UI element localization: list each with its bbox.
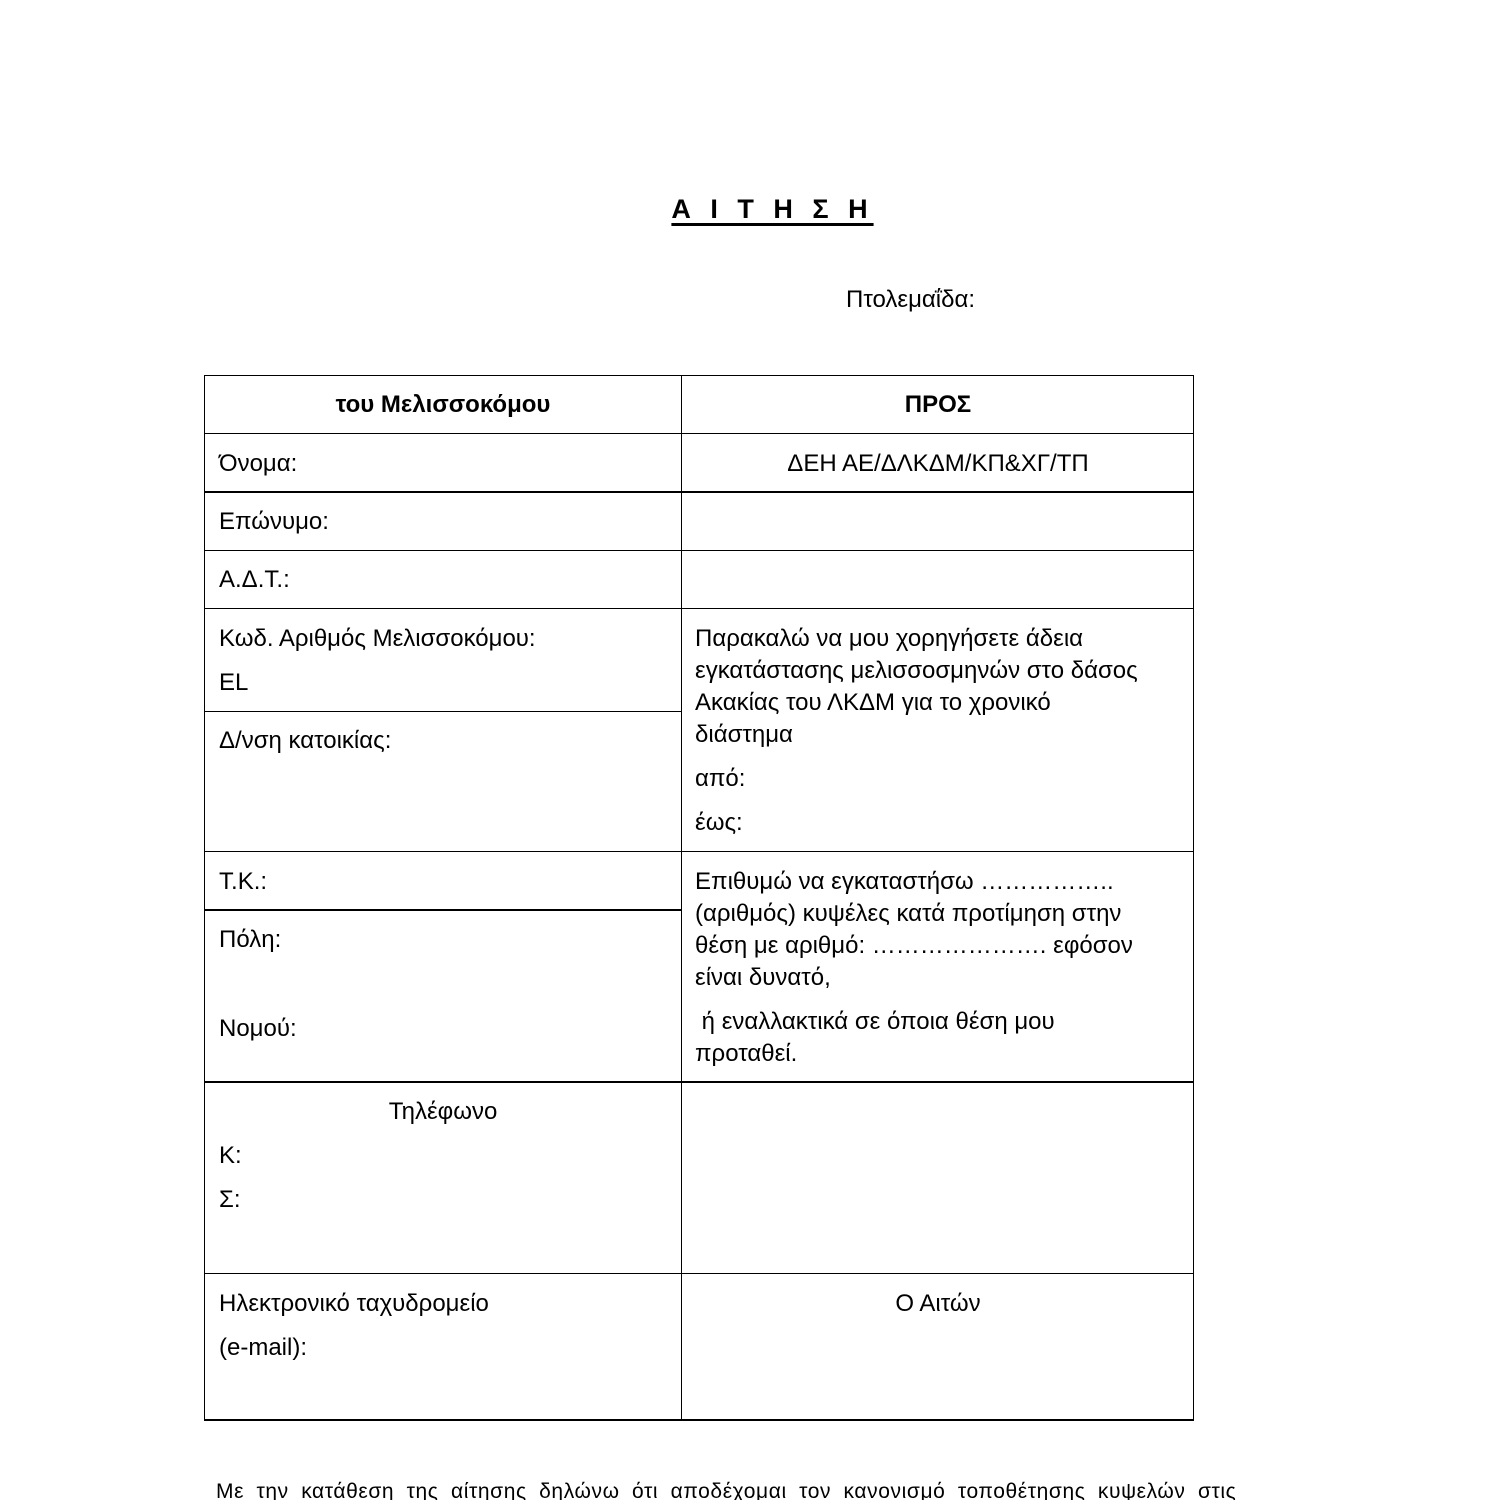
city-field-label[interactable]: Πόλη: — [205, 924, 681, 956]
address-field-label[interactable]: Δ/νση κατοικίας: — [205, 725, 681, 757]
recipient-text: ΔΕΗ ΑΕ/ΔΛΚΔΜ/ΚΠ&ΧΓ/ΤΠ — [681, 448, 1195, 480]
request-text: Παρακαλώ να μου χορηγήσετε άδεια εγκατάσ… — [681, 623, 1161, 751]
mobile-phone-field-label[interactable]: Σ: — [205, 1184, 681, 1216]
row-divider — [205, 550, 1193, 551]
declaration-text: Με την κατάθεση της αίτησης δηλώνω ότι α… — [216, 1480, 1272, 1500]
application-form-table: του Μελισσοκόμου ΠΡΟΣ Όνομα: ΔΕΗ ΑΕ/ΔΛΚΔ… — [204, 375, 1194, 1421]
row-divider — [205, 851, 1193, 852]
right-column-header: ΠΡΟΣ — [681, 389, 1195, 421]
row-divider — [205, 711, 681, 712]
place-date-label: Πτολεμαΐδα: — [846, 286, 975, 314]
row-divider — [205, 1081, 1193, 1083]
alternative-location-text: ή εναλλακτικά σε όποια θέση μου προταθεί… — [681, 1006, 1151, 1070]
phone-heading: Τηλέφωνο — [205, 1096, 681, 1128]
prefecture-field-label[interactable]: Νομού: — [205, 1013, 681, 1045]
left-column-header: του Μελισσοκόμου — [205, 389, 681, 421]
surname-field-label[interactable]: Επώνυμο: — [205, 506, 681, 538]
applicant-signature-label: Ο Αιτών — [681, 1288, 1195, 1320]
title-text: Α Ι Τ Η Σ Η — [671, 194, 873, 224]
hives-request-text: Επιθυμώ να εγκαταστήσω ……………..(αριθμός) … — [681, 866, 1181, 994]
id-card-field-label[interactable]: Α.Δ.Τ.: — [205, 564, 681, 596]
row-divider — [205, 1273, 1193, 1274]
blank-cell — [681, 491, 1195, 550]
period-from-label[interactable]: από: — [681, 763, 1161, 795]
row-divider — [205, 608, 1193, 609]
beekeeper-code-prefix: EL — [205, 667, 681, 699]
postcode-field-label[interactable]: Τ.Κ.: — [205, 866, 681, 898]
beekeeper-code-field-label[interactable]: Κωδ. Αριθμός Μελισσοκόμου: — [205, 623, 681, 655]
document-title: Α Ι Τ Η Σ Η — [0, 194, 1500, 225]
home-phone-field-label[interactable]: Κ: — [205, 1140, 681, 1172]
row-divider — [205, 433, 1193, 434]
email-field-label[interactable]: Ηλεκτρονικό ταχυδρομείο — [205, 1288, 681, 1320]
row-divider — [205, 909, 681, 911]
period-to-label[interactable]: έως: — [681, 807, 1161, 839]
email-field-sublabel: (e-mail): — [205, 1332, 681, 1364]
name-field-label[interactable]: Όνομα: — [205, 448, 681, 480]
